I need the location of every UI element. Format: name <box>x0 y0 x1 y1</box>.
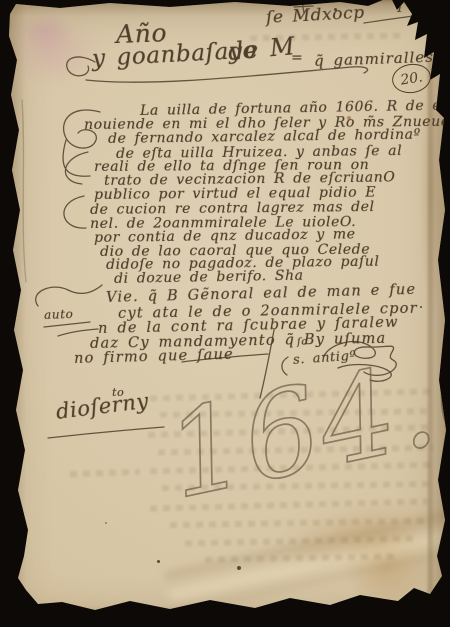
fold-crease-bottom-right <box>164 499 450 615</box>
ink-speck <box>105 522 107 524</box>
bleedthrough-line <box>148 424 433 438</box>
main-text-line: di dozue de berifo. Sha <box>114 268 304 287</box>
docket-underline <box>48 427 164 438</box>
bleedthrough-line <box>158 445 433 456</box>
header-right-top: ſe Mdxocp <box>265 3 365 28</box>
signature-name: s. antigº <box>292 349 356 368</box>
corner-mark: 1 <box>396 1 404 15</box>
margin-curl-2 <box>64 196 86 228</box>
left-fold-line <box>22 100 26 282</box>
header-flourish <box>67 57 95 76</box>
signature-bracket <box>282 357 288 375</box>
signature-rubric-2 <box>338 365 391 382</box>
bleedthrough-line <box>160 408 430 418</box>
bleedthrough-line <box>150 462 430 474</box>
ink-speck <box>237 566 241 570</box>
header-center-mark: de M <box>227 32 296 66</box>
bleedthrough-line <box>170 518 425 528</box>
docket-word: dioſerny <box>55 389 150 424</box>
header-equals-mark: = <box>291 50 303 66</box>
signature-pre: ſo <box>297 336 308 348</box>
initial-flourish-tail <box>63 140 90 176</box>
auto-lead-swash <box>58 329 98 336</box>
margin-curl-1 <box>65 152 88 184</box>
auto-text-line: no firmo que ſaue <box>74 347 234 367</box>
photo-background: 164.0 1 Año ſe Mdxocp y goanbaſayo de M … <box>0 0 450 627</box>
bleedthrough-line <box>162 481 430 491</box>
bleedthrough-line <box>70 469 140 477</box>
ink-speck <box>420 306 422 308</box>
bleedthrough-line <box>185 536 415 547</box>
folio-number: 20. <box>399 69 423 88</box>
ink-speck <box>157 560 160 563</box>
auto-label-underline <box>44 322 90 327</box>
bleedthrough-line <box>150 389 430 402</box>
stain-tan-bottom <box>230 470 450 595</box>
bleedthrough-line <box>150 498 428 511</box>
manuscript-page: 164.0 1 Año ſe Mdxocp y goanbaſayo de M … <box>0 0 450 627</box>
auto-margin-label: auto <box>44 307 74 322</box>
bleedthrough-line <box>205 553 400 562</box>
auto-opening-swash <box>36 285 102 306</box>
